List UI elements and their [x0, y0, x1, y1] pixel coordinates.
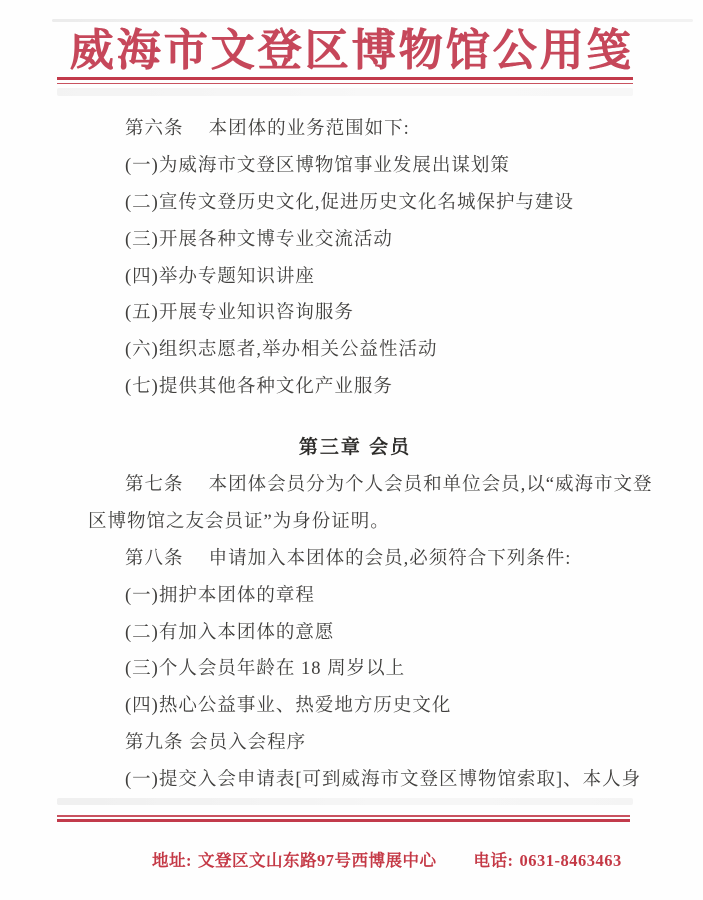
document-line: (二)宣传文登历史文化,促进历史文化名城保护与建设 — [88, 185, 622, 222]
document-line: (一)拥护本团体的章程 — [88, 578, 622, 615]
document-line: 第九条 会员入会程序 — [88, 725, 622, 762]
scan-artifact-band-top — [52, 19, 693, 22]
header-double-rule — [57, 77, 633, 84]
address-label: 地址: — [152, 851, 192, 870]
footer-rule-thick — [57, 819, 630, 822]
document-line: 第六条 本团体的业务范围如下: — [88, 111, 622, 148]
footer-contact-row: 地址:文登区文山东路97号西博展中心 电话:0631-8463463 — [57, 828, 630, 894]
chapter-heading: 第三章 会员 — [88, 430, 622, 467]
document-line: (五)开展专业知识咨询服务 — [88, 295, 622, 332]
document-line: (四)举办专题知识讲座 — [88, 259, 622, 296]
footer-double-rule — [57, 815, 630, 822]
document-line: (一)提交入会申请表[可到威海市文登区博物馆索取]、本人身 — [88, 762, 622, 799]
address-value: 文登区文山东路97号西博展中心 — [198, 851, 437, 870]
document-line: (一)为威海市文登区博物馆事业发展出谋划策 — [88, 148, 622, 185]
phone-value: 0631-8463463 — [520, 851, 622, 870]
document-line: (三)个人会员年龄在 18 周岁以上 — [88, 651, 622, 688]
footer-phone: 电话:0631-8463463 — [437, 828, 622, 894]
scan-artifact-band-footer — [57, 798, 633, 805]
document-line: (三)开展各种文博专业交流活动 — [88, 222, 622, 259]
document-line: (二)有加入本团体的意愿 — [88, 615, 622, 652]
header-rule-thin — [57, 83, 633, 85]
letterhead-page: 威海市文登区博物馆公用笺 第六条 本团体的业务范围如下:(一)为威海市文登区博物… — [0, 0, 703, 900]
scan-artifact-band-header — [57, 88, 633, 96]
document-line: (六)组织志愿者,举办相关公益性活动 — [88, 332, 622, 369]
phone-label: 电话: — [474, 851, 514, 870]
letterhead-title: 威海市文登区博物馆公用笺 — [0, 24, 703, 78]
document-line: 第八条 申请加入本团体的会员,必须符合下列条件: — [88, 541, 622, 578]
document-line: (四)热心公益事业、热爱地方历史文化 — [88, 688, 622, 725]
document-line: 第七条 本团体会员分为个人会员和单位会员,以“威海市文登 — [88, 467, 622, 504]
footer-address: 地址:文登区文山东路97号西博展中心 — [115, 828, 437, 894]
document-line: 区博物馆之友会员证”为身份证明。 — [88, 504, 622, 541]
document-line: (七)提供其他各种文化产业服务 — [88, 369, 622, 406]
document-body: 第六条 本团体的业务范围如下:(一)为威海市文登区博物馆事业发展出谋划策(二)宣… — [88, 111, 622, 799]
